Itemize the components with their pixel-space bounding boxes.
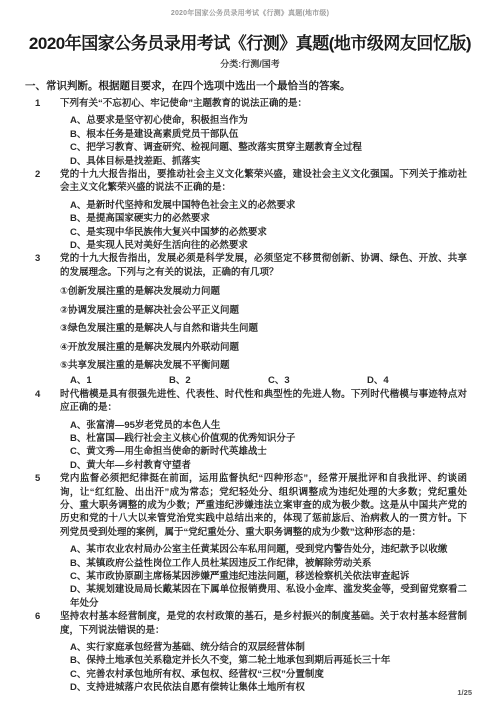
question-stem: 下列有关“不忘初心、牢记使命”主题教育的说法正确的是： xyxy=(60,97,467,110)
question-option: B、2 xyxy=(169,374,268,387)
question-option: B、杜富国—践行社会主义核心价值观的优秀知识分子 xyxy=(70,432,467,445)
question-option: A、张富清—95岁老党员的本色人生 xyxy=(70,419,467,432)
question: 3党的十九大报告指出，发展必须是科学发展，必须坚定不移贯彻创新、协调、绿色、开放… xyxy=(0,252,500,387)
question-option: C、3 xyxy=(268,374,367,387)
question-number: 6 xyxy=(0,610,60,694)
question: 1下列有关“不忘初心、牢记使命”主题教育的说法正确的是：A、总要求是坚守初心使命… xyxy=(0,97,500,168)
question-option: B、根本任务是建设高素质党员干部队伍 xyxy=(70,128,467,141)
question: 6坚持农村基本经营制度，是党的农村政策的基石，是乡村振兴的制度基础。关于农村基本… xyxy=(0,610,500,694)
question-option: C、完善农村承包地所有权、承包权、经营权“三权”分置制度 xyxy=(70,668,467,681)
question-options: A、某市农业农村局办公室主任黄某因公车私用问题，受到党内警告处分，违纪款予以收缴… xyxy=(60,543,467,610)
question-stem: 时代楷模是具有很强先进性、代表性、时代性和典型性的先进人物。下列时代楷模与事迹特… xyxy=(60,388,467,415)
question-body: 党的十九大报告指出，要推动社会主义文化繁荣兴盛，建设社会主义文化强国。下列关于推… xyxy=(60,168,500,252)
question-stem: 党的十九大报告指出，发展必须是科学发展，必须坚定不移贯彻创新、协调、绿色、开放、… xyxy=(60,252,467,279)
question-stem: 党内监督必须把纪律挺在前面，运用监督执纪“四种形态”，经常开展批评和自我批评、约… xyxy=(60,472,467,539)
question-option: D、具体目标是找差距、抓落实 xyxy=(70,155,467,168)
sub-item: ①创新发展注重的是解决发展动力问题 xyxy=(60,285,467,298)
page-number: 1/25 xyxy=(457,688,472,697)
question-number: 2 xyxy=(0,168,60,252)
question-number: 5 xyxy=(0,472,60,610)
question-options: A、总要求是坚守初心使命，积极担当作为B、根本任务是建设高素质党员干部队伍C、把… xyxy=(60,114,467,168)
question-option: A、是新时代坚持和发展中国特色社会主义的必然要求 xyxy=(70,199,467,212)
inline-options-row: A、1B、2C、3D、4 xyxy=(60,374,467,387)
question-body: 坚持农村基本经营制度，是党的农村政策的基石，是乡村振兴的制度基础。关于农村基本经… xyxy=(60,610,500,694)
question-body: 时代楷模是具有很强先进性、代表性、时代性和典型性的先进人物。下列时代楷模与事迹特… xyxy=(60,388,500,472)
question-number: 1 xyxy=(0,97,60,168)
question-option: D、4 xyxy=(367,374,466,387)
question-option: B、某镇政府公益性岗位工作人员杜某因违反工作纪律，被解除劳动关系 xyxy=(70,557,467,570)
question-stem: 党的十九大报告指出，要推动社会主义文化繁荣兴盛，建设社会主义文化强国。下列关于推… xyxy=(60,168,467,195)
question-body: 下列有关“不忘初心、牢记使命”主题教育的说法正确的是：A、总要求是坚守初心使命，… xyxy=(60,97,500,168)
page-title: 2020年国家公务员录用考试《行测》真题(地市级网友回忆版) xyxy=(10,29,490,54)
question-number: 3 xyxy=(0,252,60,387)
question-option: D、黄大年—乡村教育守望者 xyxy=(70,459,467,472)
section-heading: 一、常识判断。根据题目要求，在四个选项中选出一个最恰当的答案。 xyxy=(25,78,475,93)
question-option: C、黄文秀—用生命担当使命的新时代英雄战士 xyxy=(70,445,467,458)
category-label: 分类:行测/国考 xyxy=(0,57,500,70)
question-option: B、保持土地承包关系稳定并长久不变，第二轮土地承包到期后再延长三十年 xyxy=(70,654,467,667)
question-body: 党的十九大报告指出，发展必须是科学发展，必须坚定不移贯彻创新、协调、绿色、开放、… xyxy=(60,252,500,387)
question-option: A、总要求是坚守初心使命，积极担当作为 xyxy=(70,114,467,127)
sub-item: ④开放发展注重的是解决发展内外联动问题 xyxy=(60,341,467,354)
question: 5党内监督必须把纪律挺在前面，运用监督执纪“四种形态”，经常开展批评和自我批评、… xyxy=(0,472,500,610)
question-option: C、把学习教育、调查研究、检视问题、整改落实贯穿主题教育全过程 xyxy=(70,141,467,154)
document-page: 2020年国家公务员录用考试《行测》真题(地市级) 2020年国家公务员录用考试… xyxy=(0,0,500,708)
running-header: 2020年国家公务员录用考试《行测》真题(地市级) xyxy=(0,0,500,18)
sub-item: ⑤共享发展注重的是解决发展不平衡问题 xyxy=(60,359,467,372)
question: 2党的十九大报告指出，要推动社会主义文化繁荣兴盛，建设社会主义文化强国。下列关于… xyxy=(0,168,500,252)
question-option: B、是提高国家硬实力的必然要求 xyxy=(70,212,467,225)
question-options: A、实行家庭承包经营为基础、统分结合的双层经营体制B、保持土地承包关系稳定并长久… xyxy=(60,641,467,695)
sub-item: ②协调发展注重的是解决社会公平正义问题 xyxy=(60,304,467,317)
question-option: A、实行家庭承包经营为基础、统分结合的双层经营体制 xyxy=(70,641,467,654)
question-option: A、某市农业农村局办公室主任黄某因公车私用问题，受到党内警告处分，违纪款予以收缴 xyxy=(70,543,467,556)
question-option: D、支持进城落户农民依法自愿有偿转让集体土地所有权 xyxy=(70,681,467,694)
question-body: 党内监督必须把纪律挺在前面，运用监督执纪“四种形态”，经常开展批评和自我批评、约… xyxy=(60,472,500,610)
question-option: C、是实现中华民族伟大复兴中国梦的必然要求 xyxy=(70,226,467,239)
question-option: C、某市政协原副主席杨某因涉嫌严重违纪违法问题，移送检察机关依法审查起诉 xyxy=(70,570,467,583)
question: 4时代楷模是具有很强先进性、代表性、时代性和典型性的先进人物。下列时代楷模与事迹… xyxy=(0,388,500,472)
question-options: A、张富清—95岁老党员的本色人生B、杜富国—践行社会主义核心价值观的优秀知识分… xyxy=(60,419,467,473)
question-option: D、是实现人民对美好生活向往的必然要求 xyxy=(70,239,467,252)
question-number: 4 xyxy=(0,388,60,472)
question-list: 1下列有关“不忘初心、牢记使命”主题教育的说法正确的是：A、总要求是坚守初心使命… xyxy=(0,97,500,695)
question-option: A、1 xyxy=(70,374,169,387)
question-options: A、是新时代坚持和发展中国特色社会主义的必然要求B、是提高国家硬实力的必然要求C… xyxy=(60,199,467,253)
question-stem: 坚持农村基本经营制度，是党的农村政策的基石，是乡村振兴的制度基础。关于农村基本经… xyxy=(60,610,467,637)
question-option: D、某规划建设局局长戴某因在下属单位报销费用、私设小金库、滥发奖金等，受到留党察… xyxy=(70,583,467,610)
sub-item: ③绿色发展注重的是解决人与自然和谐共生问题 xyxy=(60,322,467,335)
